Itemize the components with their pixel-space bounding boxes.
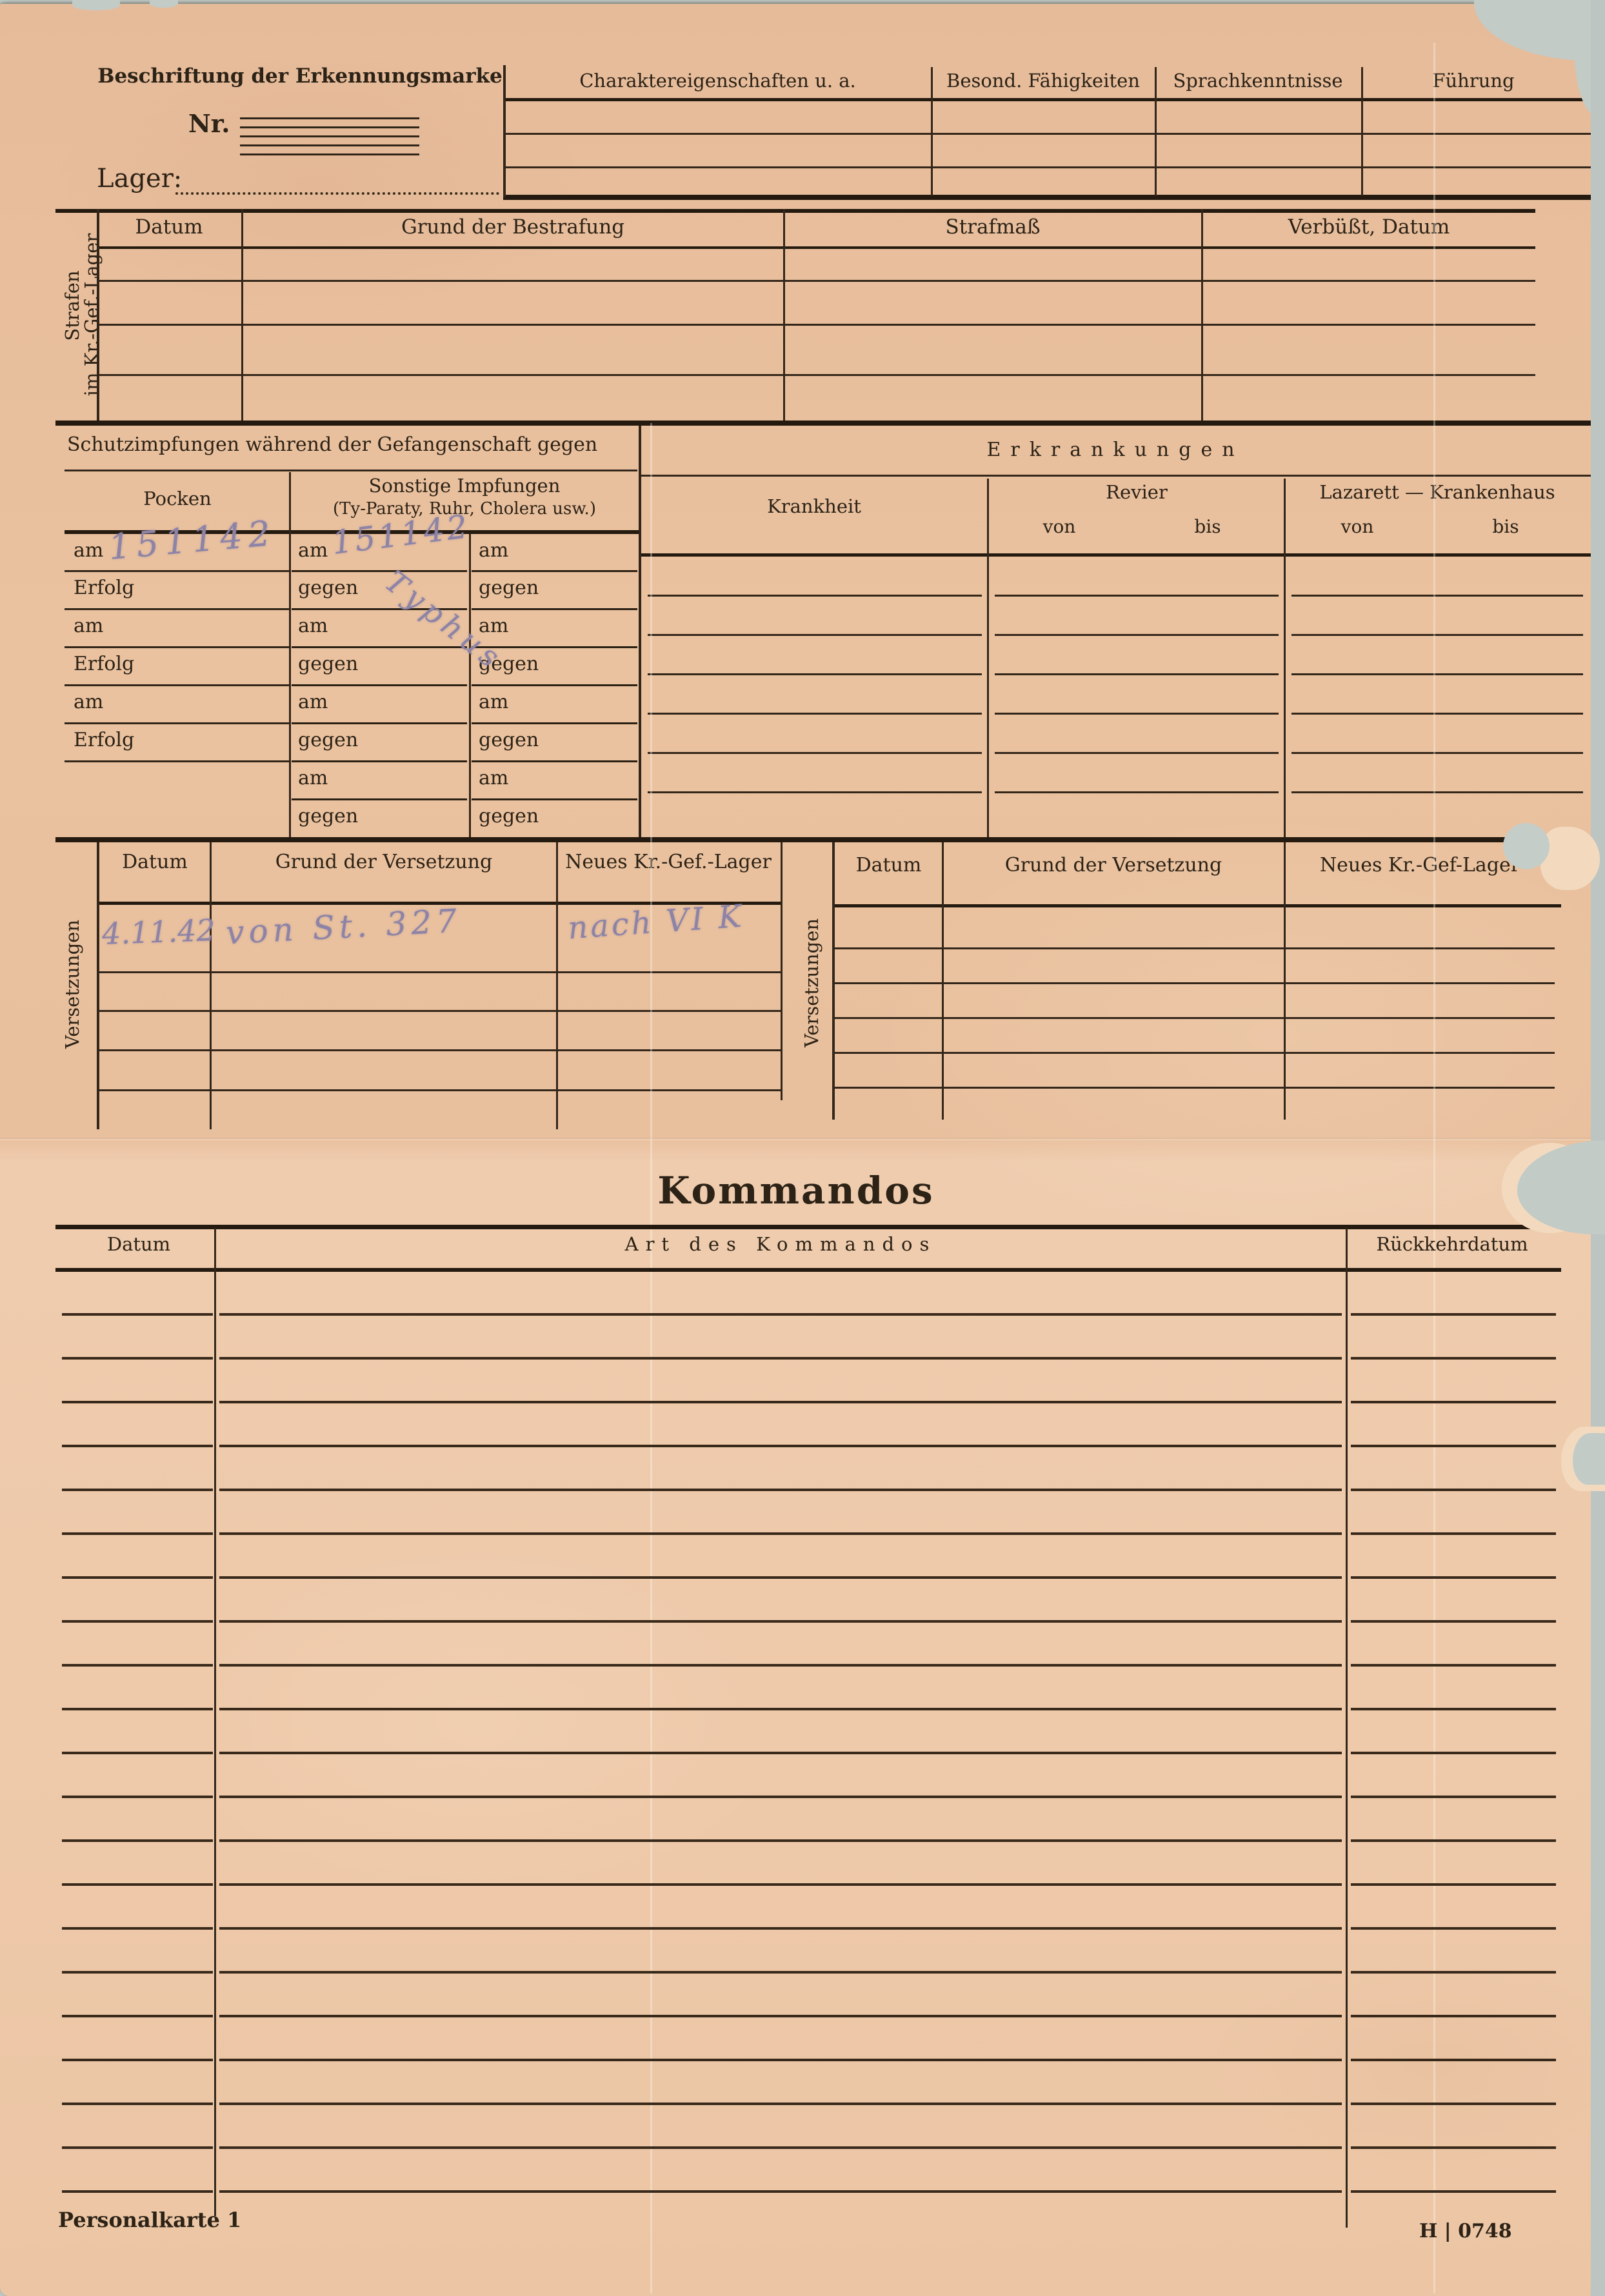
rule [97, 280, 1535, 282]
strafen-strafmass-header: Strafmaß [787, 217, 1199, 238]
divider [469, 534, 471, 837]
rule [832, 1087, 1555, 1089]
handwriting-versetzung-grund: von St. 327 [225, 902, 463, 951]
versetzungen-left-grund-header: Grund der Versetzung [213, 852, 555, 873]
nr-label: Nr. [188, 111, 230, 137]
personalkarte-footer: Personalkarte 1 [58, 2210, 241, 2232]
revier-von-label: von [1001, 517, 1117, 536]
rule [832, 1052, 1555, 1054]
lager-dotted-line [175, 166, 499, 195]
rule [65, 470, 637, 471]
lazarett-bis-label: bis [1448, 517, 1564, 536]
lazarett-header: Lazarett — Krankenhaus [1291, 482, 1583, 502]
lazarett-von-label: von [1299, 517, 1415, 536]
rule [503, 98, 1591, 101]
rule [55, 1225, 1561, 1229]
sonstige2-gegen-4: gegen [479, 806, 539, 827]
revier-bis-label: bis [1150, 517, 1266, 536]
revier-row-lines [995, 557, 1279, 795]
divider [503, 65, 506, 197]
divider [210, 842, 212, 1129]
impfungen-title: Schutzimpfungen während der Gefangenscha… [67, 435, 639, 455]
divider [1346, 1228, 1348, 2228]
versetzungen-side-label-right: Versetzungen [801, 918, 822, 1047]
divider [1201, 209, 1203, 423]
divider [97, 209, 99, 423]
divider [1155, 67, 1157, 196]
divider [832, 842, 835, 1120]
kommandos-rueckkehr-row-lines [1351, 1272, 1556, 2195]
rule [503, 166, 1591, 168]
faehigkeiten-header: Besond. Fähigkeiten [933, 71, 1153, 90]
rule [97, 246, 1535, 249]
pocken-header: Pocken [71, 489, 284, 508]
handwriting-versetzung-datum: 4.11.42 [101, 913, 215, 951]
sonstige1-row-lines [292, 534, 467, 802]
lazarett-row-lines [1291, 557, 1583, 795]
divider [931, 67, 933, 196]
fold-crease [0, 1138, 1591, 1140]
versetzungen-right-grund-header: Grund der Versetzung [945, 855, 1282, 876]
divider [97, 842, 99, 1129]
divider [783, 209, 785, 423]
record-card-paper: Beschriftung der Erkennungsmarke Nr. Lag… [0, 4, 1591, 2296]
kommandos-datum-header: Datum [65, 1234, 213, 1254]
torn-edge-top [150, 0, 178, 8]
revier-header: Revier [995, 482, 1279, 502]
rule [55, 209, 1535, 213]
versetzungen-right-datum-header: Datum [835, 855, 942, 876]
kommandos-rueckkehr-header: Rückkehrdatum [1348, 1234, 1556, 1254]
handwriting-versetzung-neues: nach VI K [566, 898, 745, 947]
rule [97, 324, 1535, 326]
strafen-side-label-1: Strafen [61, 270, 83, 341]
divider [1284, 479, 1286, 837]
rule [641, 475, 1591, 477]
versetzungen-left-neues-header: Neues Kr.-Gef.-Lager [559, 852, 778, 873]
divider [289, 472, 291, 837]
rule [97, 374, 1535, 376]
print-code-footer: H | 0748 [1419, 2221, 1512, 2242]
krankheit-header: Krankheit [646, 497, 982, 516]
divider [214, 1228, 216, 2216]
sonstige2-row-lines [472, 534, 637, 802]
torn-paper-peel [1540, 827, 1600, 890]
versetzungen-side-label-left: Versetzungen [61, 920, 83, 1049]
kommandos-art-header: Art des Kommandos [219, 1234, 1342, 1254]
erkennungsmarke-title: Beschriftung der Erkennungsmarke [97, 66, 503, 87]
erkrankungen-title: Erkrankungen [641, 440, 1590, 460]
rule [97, 1089, 781, 1091]
rule [503, 133, 1591, 135]
sonstige1-gegen-4: gegen [298, 806, 358, 827]
krankheit-row-lines [648, 557, 982, 795]
pocken-row-lines [65, 534, 290, 764]
rule [832, 982, 1555, 984]
divider [1361, 67, 1363, 196]
rule [832, 1017, 1555, 1019]
strafen-datum-header: Datum [98, 217, 240, 238]
lager-label: Lager: [97, 165, 182, 192]
hole-punch [1503, 823, 1550, 869]
rule [97, 1010, 781, 1012]
sonstige-header-1: Sonstige Impfungen [294, 476, 635, 495]
charakter-header: Charaktereigenschaften u. a. [510, 71, 926, 90]
divider [241, 209, 243, 423]
divider [1284, 842, 1286, 1120]
kommandos-art-row-lines [219, 1272, 1342, 2195]
torn-chip-right [1573, 1433, 1605, 1485]
versetzungen-left-datum-header: Datum [100, 852, 210, 873]
rule [55, 421, 1591, 426]
rule [832, 947, 1555, 949]
rule [97, 1049, 781, 1051]
rule [55, 837, 1591, 842]
divider [781, 842, 783, 1100]
divider [639, 426, 641, 837]
strafen-grund-header: Grund der Bestrafung [245, 217, 781, 238]
strafen-verbuesst-header: Verbüßt, Datum [1205, 217, 1533, 238]
nr-fill-lines [240, 117, 419, 160]
kommandos-title: Kommandos [609, 1171, 983, 1211]
divider [942, 842, 944, 1120]
kommandos-datum-row-lines [62, 1272, 213, 2195]
rule [641, 553, 1591, 557]
fuehrung-header: Führung [1364, 71, 1583, 90]
rule [97, 971, 781, 973]
sprachkenntnisse-header: Sprachkenntnisse [1157, 71, 1359, 90]
rule [503, 195, 1591, 200]
divider [556, 842, 558, 1129]
torn-edge-top-left [72, 0, 120, 10]
divider [987, 479, 989, 837]
